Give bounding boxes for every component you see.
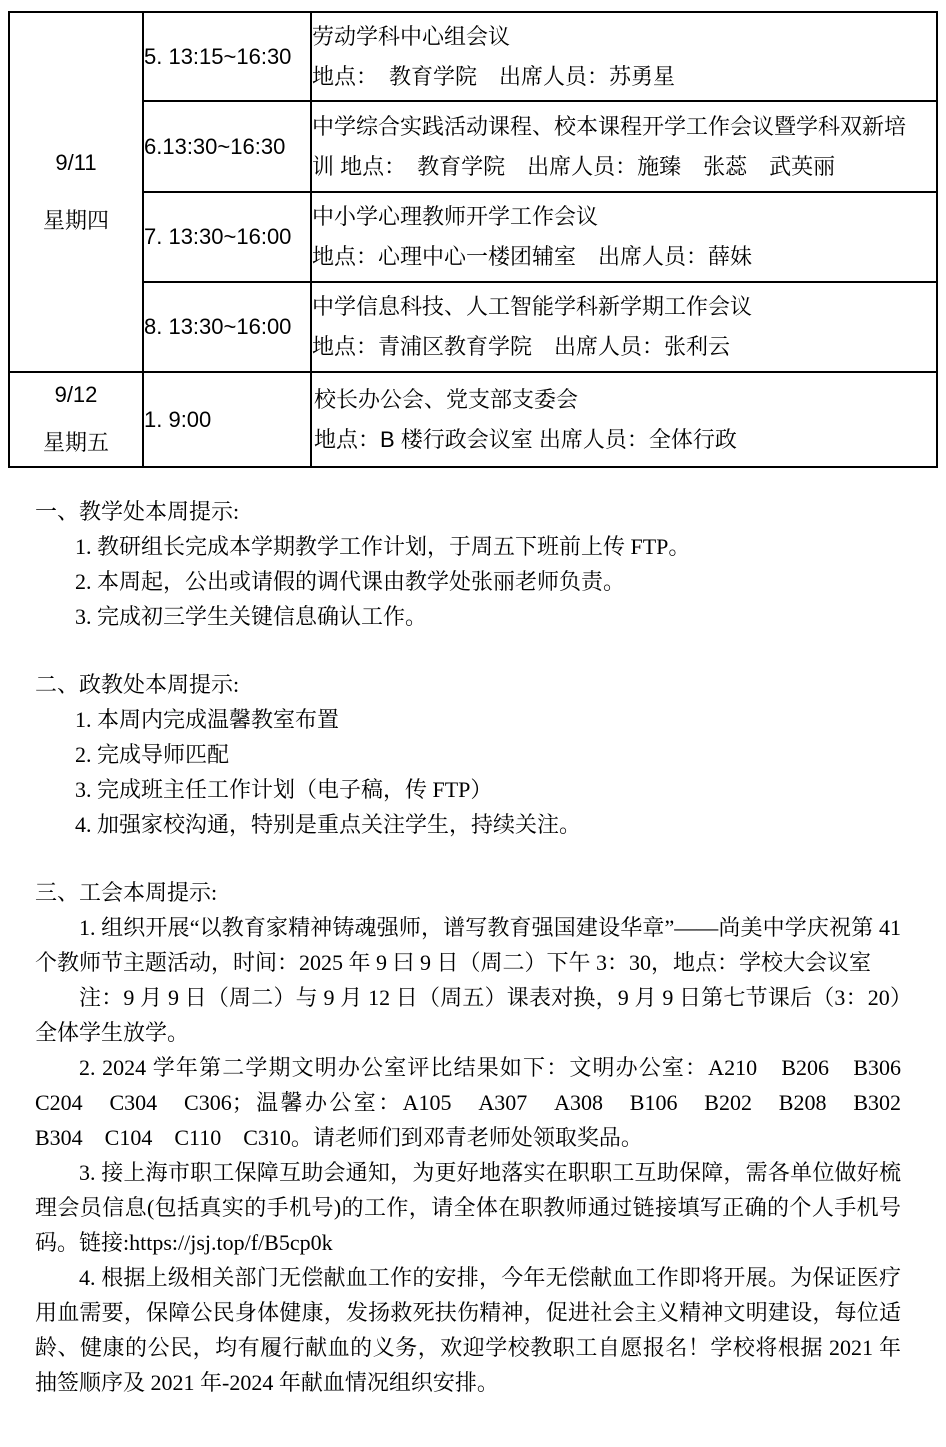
meeting-desc: 中学综合实践活动课程、校本课程开学工作会议暨学科双新培 训 地点： 教育学院 出…	[311, 101, 937, 192]
date-label: 9/12	[10, 382, 142, 408]
section-labor-union: 三、工会本周提示: 1. 组织开展“以教育家精神铸魂强师，谱写教育强国建设华章”…	[35, 875, 901, 1400]
meeting-desc: 中学信息科技、人工智能学科新学期工作会议 地点：青浦区教育学院 出席人员：张利云	[311, 282, 937, 372]
reminder-item: 3. 完成班主任工作计划（电子稿，传 FTP）	[35, 772, 901, 807]
date-cell-friday: 9/12 星期五	[9, 372, 143, 467]
reminder-item: 3. 完成初三学生关键信息确认工作。	[35, 599, 901, 634]
meeting-title: 中学综合实践活动课程、校本课程开学工作会议暨学科双新培	[312, 114, 936, 140]
table-row: 6.13:30~16:30 中学综合实践活动课程、校本课程开学工作会议暨学科双新…	[9, 101, 937, 192]
meeting-detail: 地点：心理中心一楼团辅室 出席人员：薛妹	[312, 244, 936, 270]
weekday-label: 星期五	[10, 426, 142, 457]
reminder-item: 1. 教研组长完成本学期教学工作计划，于周五下班前上传 FTP。	[35, 529, 901, 564]
table-row: 7. 13:30~16:00 中小学心理教师开学工作会议 地点：心理中心一楼团辅…	[9, 192, 937, 282]
table-row: 9/12 星期五 1. 9:00 校长办公会、党支部支委会 地点：B 楼行政会议…	[9, 372, 937, 467]
weekday-label: 星期四	[10, 204, 142, 235]
union-paragraph-mutual-aid-link: 3. 接上海市职工保障互助会通知，为更好地落实在职职工互助保障，需各单位做好梳理…	[35, 1155, 901, 1260]
meeting-desc: 中小学心理教师开学工作会议 地点：心理中心一楼团辅室 出席人员：薛妹	[311, 192, 937, 282]
section-heading: 三、工会本周提示:	[35, 875, 901, 910]
meeting-time: 7. 13:30~16:00	[143, 192, 311, 282]
section-teaching-office: 一、教学处本周提示: 1. 教研组长完成本学期教学工作计划，于周五下班前上传 F…	[35, 494, 901, 634]
meeting-title: 中学信息科技、人工智能学科新学期工作会议	[312, 294, 936, 320]
section-moral-education-office: 二、政教处本周提示: 1. 本周内完成温馨教室布置 2. 完成导师匹配 3. 完…	[35, 667, 901, 842]
union-paragraph-blood-donation: 4. 根据上级相关部门无偿献血工作的安排，今年无偿献血工作即将开展。为保证医疗用…	[35, 1260, 901, 1400]
meeting-desc: 校长办公会、党支部支委会 地点：B 楼行政会议室 出席人员：全体行政	[311, 372, 937, 467]
meeting-time: 6.13:30~16:30	[143, 101, 311, 192]
reminder-item: 4. 加强家校沟通，特别是重点关注学生，持续关注。	[35, 807, 901, 842]
meeting-time: 1. 9:00	[143, 372, 311, 467]
meeting-time: 5. 13:15~16:30	[143, 12, 311, 101]
section-heading: 一、教学处本周提示:	[35, 494, 901, 529]
reminder-item: 1. 本周内完成温馨教室布置	[35, 702, 901, 737]
notices-content: 一、教学处本周提示: 1. 教研组长完成本学期教学工作计划，于周五下班前上传 F…	[35, 494, 901, 1400]
union-paragraph-activity: 1. 组织开展“以教育家精神铸魂强师，谱写教育强国建设华章”——尚美中学庆祝第 …	[35, 910, 901, 980]
union-paragraph-office-awards: 2. 2024 学年第二学期文明办公室评比结果如下：文明办公室：A210 B20…	[35, 1050, 901, 1155]
date-cell-thursday: 9/11 星期四	[9, 12, 143, 372]
reminder-item: 2. 完成导师匹配	[35, 737, 901, 772]
table-row: 9/11 星期四 5. 13:15~16:30 劳动学科中心组会议 地点： 教育…	[9, 12, 937, 101]
date-label: 9/11	[10, 150, 142, 176]
meeting-title: 中小学心理教师开学工作会议	[312, 204, 936, 230]
section-heading: 二、政教处本周提示:	[35, 667, 901, 702]
meeting-detail: 地点： 教育学院 出席人员：苏勇星	[312, 64, 936, 90]
meeting-time: 8. 13:30~16:00	[143, 282, 311, 372]
table-row: 8. 13:30~16:00 中学信息科技、人工智能学科新学期工作会议 地点：青…	[9, 282, 937, 372]
schedule-table: 9/11 星期四 5. 13:15~16:30 劳动学科中心组会议 地点： 教育…	[8, 11, 938, 468]
meeting-detail: 地点：B 楼行政会议室 出席人员：全体行政	[314, 427, 936, 453]
union-paragraph-note: 注：9 月 9 日（周二）与 9 月 12 日（周五）课表对换，9 月 9 日第…	[35, 980, 901, 1050]
meeting-title: 校长办公会、党支部支委会	[314, 387, 936, 413]
meeting-desc: 劳动学科中心组会议 地点： 教育学院 出席人员：苏勇星	[311, 12, 937, 101]
meeting-detail: 地点：青浦区教育学院 出席人员：张利云	[312, 334, 936, 360]
meeting-title: 劳动学科中心组会议	[312, 24, 936, 50]
reminder-item: 2. 本周起，公出或请假的调代课由教学处张丽老师负责。	[35, 564, 901, 599]
meeting-detail: 训 地点： 教育学院 出席人员：施臻 张蕊 武英丽	[312, 154, 936, 180]
